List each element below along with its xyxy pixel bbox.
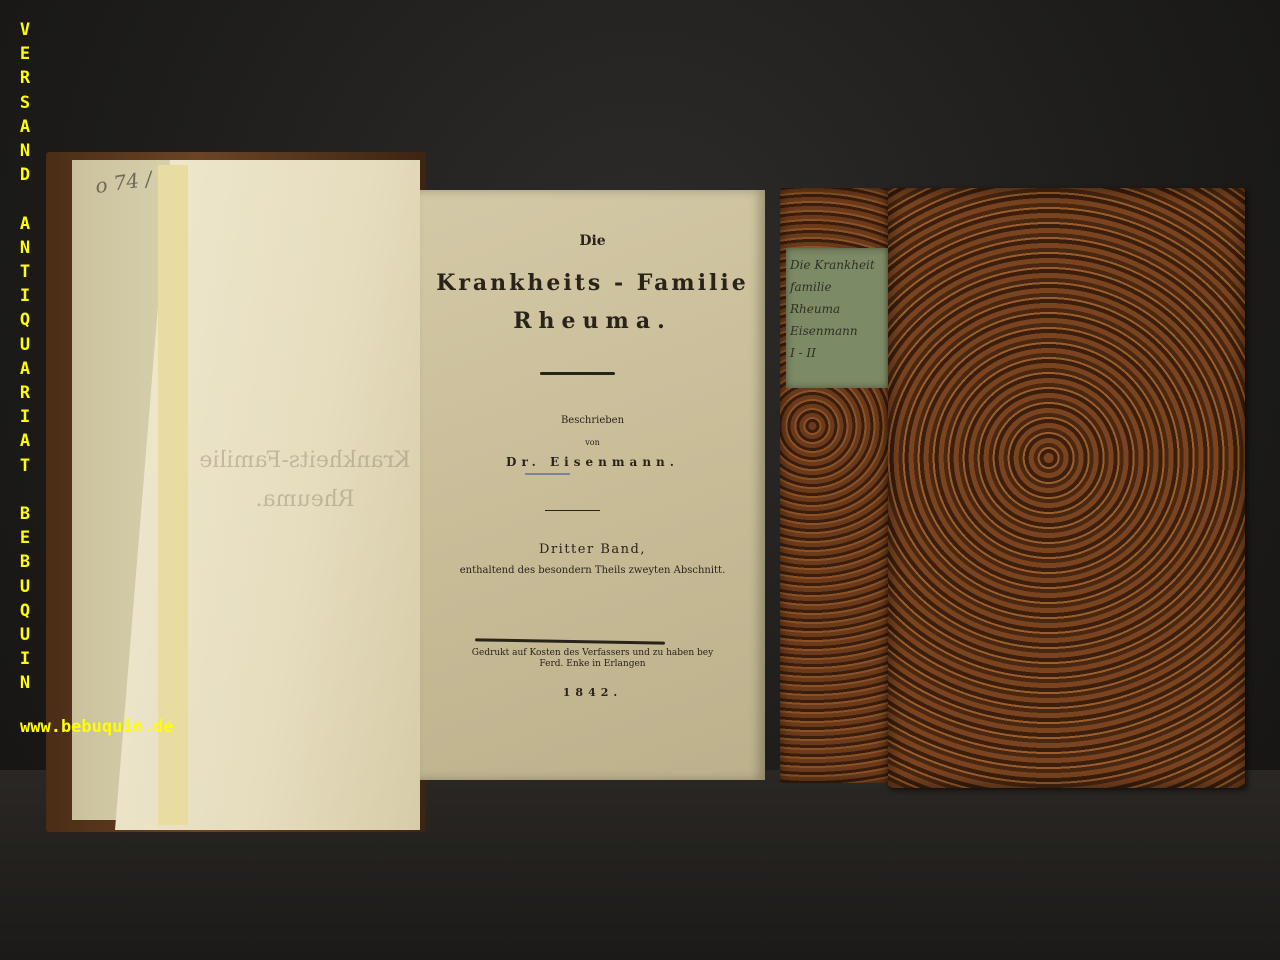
watermark-char: D (14, 163, 36, 187)
watermark-char: Q (14, 308, 36, 332)
watermark-char: A (14, 115, 36, 139)
watermark-char: U (14, 333, 36, 357)
watermark-char: S (14, 91, 36, 115)
imprint: Gedrukt auf Kosten des Verfassers und zu… (420, 648, 765, 670)
watermark-char (14, 478, 36, 502)
ghost-line-1: Krankheits-Familie (195, 448, 415, 473)
watermark-char: N (14, 139, 36, 163)
title-line-1: Krankheits - Familie (420, 270, 765, 296)
spine-label-line-5: I - II (790, 342, 884, 364)
watermark-char: A (14, 357, 36, 381)
watermark-char: A (14, 212, 36, 236)
ornament-divider (540, 372, 615, 375)
watermark-char: T (14, 454, 36, 478)
watermark-char (14, 187, 36, 211)
watermark-char: I (14, 405, 36, 429)
watermark-char: U (14, 623, 36, 647)
watermark-char: R (14, 66, 36, 90)
spine-label-line-1: Die Krankheit (790, 254, 884, 276)
watermark-vertical: VERSAND ANTIQUARIAT BEBUQUIN (14, 18, 36, 696)
watermark-char: I (14, 284, 36, 308)
author: Dr. Eisenmann. (420, 455, 765, 469)
ornament-divider-2 (475, 638, 665, 644)
watermark-url: www.bebuquin.de (20, 717, 174, 737)
contents-note: enthaltend des besondern Theils zweyten … (420, 565, 765, 576)
watermark-char: B (14, 502, 36, 526)
watermark-char: I (14, 647, 36, 671)
ghost-line-2: Rheuma. (195, 487, 415, 512)
watermark-char: E (14, 526, 36, 550)
watermark-char: A (14, 429, 36, 453)
by-label: von (420, 438, 765, 447)
spine-label-line-4: Eisenmann (790, 320, 884, 342)
spine-label-line-2: familie (790, 276, 884, 298)
spine-label-line-3: Rheuma (790, 298, 884, 320)
watermark-char: N (14, 236, 36, 260)
pencil-underline (525, 473, 570, 475)
title-line-2: Rheuma. (420, 308, 765, 334)
year: 1842. (420, 686, 765, 699)
marbled-book-cover (888, 188, 1245, 788)
volume: Dritter Band, (420, 542, 765, 557)
watermark-char: Q (14, 599, 36, 623)
watermark-char: V (14, 18, 36, 42)
watermark-char: N (14, 671, 36, 695)
watermark-char: U (14, 575, 36, 599)
watermark-char: T (14, 260, 36, 284)
show-through-text: Krankheits-Familie Rheuma. (195, 448, 415, 526)
watermark-char: R (14, 381, 36, 405)
imprint-line-1: Gedrukt auf Kosten des Verfassers und zu… (420, 648, 765, 659)
spine-label: Die Krankheit familie Rheuma Eisenmann I… (786, 248, 888, 388)
title-page: Die Krankheits - Familie Rheuma. Beschri… (420, 190, 765, 780)
title-article: Die (420, 233, 765, 249)
described-label: Beschrieben (420, 415, 765, 426)
rule-divider (545, 510, 600, 511)
watermark-char: B (14, 550, 36, 574)
imprint-line-2: Ferd. Enke in Erlangen (420, 659, 765, 670)
watermark-char: E (14, 42, 36, 66)
